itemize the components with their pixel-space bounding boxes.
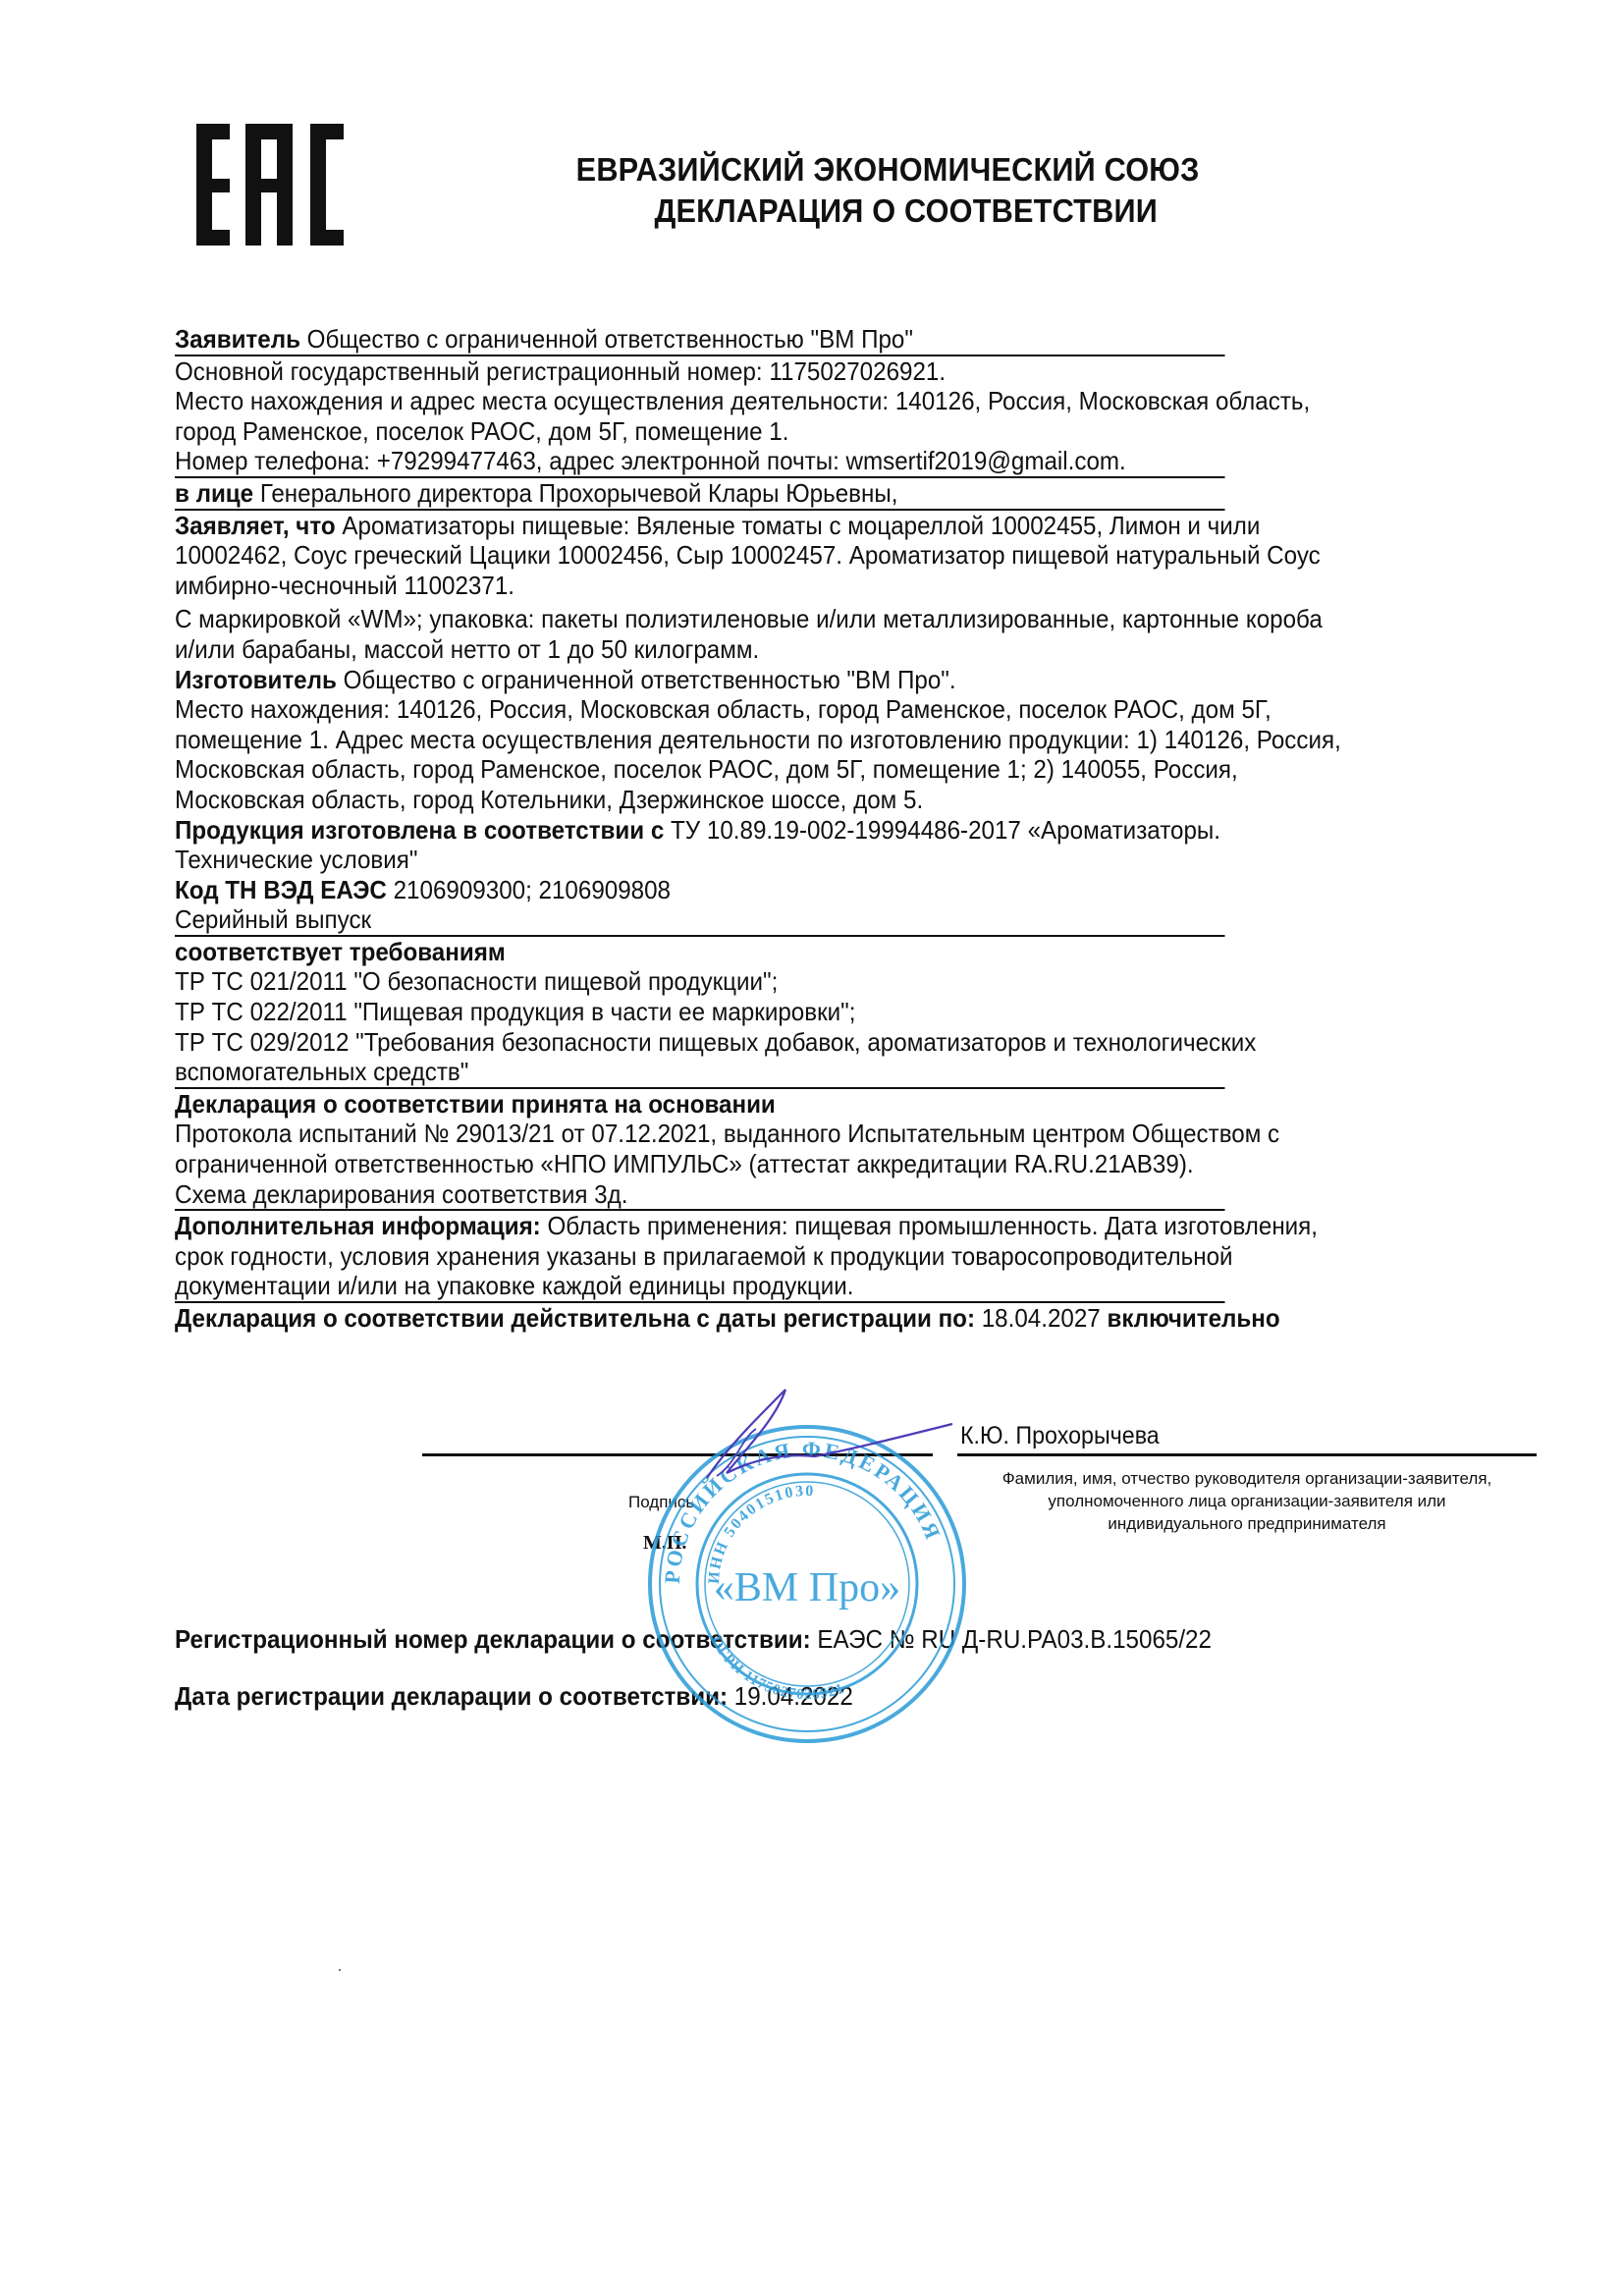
applicant-contacts: Номер телефона: +79299477463, адрес элек… bbox=[175, 446, 1225, 478]
applicant-line: Заявитель Общество с ограниченной ответс… bbox=[175, 324, 1225, 356]
manufacturer-address-3: Московская область, город Раменское, пос… bbox=[175, 754, 1453, 785]
standard-label: Продукция изготовлена в соответствии с bbox=[175, 815, 664, 845]
basis-line-2: ограниченной ответственностью «НПО ИМПУЛ… bbox=[175, 1149, 1453, 1179]
declares-label: Заявляет, что bbox=[175, 511, 336, 540]
manufacturer-label: Изготовитель bbox=[175, 665, 337, 694]
requirement-item: ТР ТС 029/2012 "Требования безопасности … bbox=[175, 1027, 1453, 1058]
hs-code-line: Код ТН ВЭД ЕАЭС 2106909300; 2106909808 bbox=[175, 875, 1453, 905]
basis-line-1: Протокола испытаний № 29013/21 от 07.12.… bbox=[175, 1119, 1453, 1149]
applicant-ogrn: Основной государственный регистрационный… bbox=[175, 356, 1453, 387]
manufacturer-line: Изготовитель Общество с ограниченной отв… bbox=[175, 665, 1453, 695]
declares-line-3: имбирно-чесночный 11002371. bbox=[175, 571, 1453, 601]
manufacturer-name: Общество с ограниченной ответственностью… bbox=[337, 665, 956, 694]
additional-line-1: Дополнительная информация: Область приме… bbox=[175, 1211, 1453, 1241]
applicant-representative: в лице Генерального директора Прохорычев… bbox=[175, 478, 1225, 511]
applicant-label: Заявитель bbox=[175, 324, 300, 354]
handwritten-signature-icon bbox=[668, 1380, 962, 1488]
caption-line-2: уполномоченного лица организации-заявите… bbox=[957, 1490, 1537, 1512]
requirement-item: вспомогательных средств" bbox=[175, 1057, 1225, 1089]
validity-date: 18.04.2027 bbox=[975, 1303, 1101, 1333]
additional-line-3: документации и/или на упаковке каждой ед… bbox=[175, 1271, 1225, 1303]
validity-line: Декларация о соответствии действительна … bbox=[175, 1303, 1453, 1334]
standard-line-2: Технические условия" bbox=[175, 845, 1453, 875]
manufacturer-address-1: Место нахождения: 140126, Россия, Москов… bbox=[175, 694, 1453, 725]
signer-name: К.Ю. Прохорычева bbox=[960, 1422, 1160, 1450]
representative-label: в лице bbox=[175, 478, 253, 508]
standard-value: ТУ 10.89.19-002-19994486-2017 «Ароматиза… bbox=[664, 815, 1220, 845]
additional-label: Дополнительная информация: bbox=[175, 1211, 541, 1240]
svg-text:ОГРН 1175027026921: ОГРН 1175027026921 bbox=[707, 1634, 846, 1703]
caption-line-1: Фамилия, имя, отчество руководителя орга… bbox=[957, 1467, 1537, 1490]
declares-line-5: и/или барабаны, массой нетто от 1 до 50 … bbox=[175, 634, 1453, 665]
manufacturer-address-2: помещение 1. Адрес места осуществления д… bbox=[175, 725, 1453, 755]
name-line bbox=[957, 1453, 1537, 1456]
validity-suffix: включительно bbox=[1101, 1303, 1280, 1333]
requirement-item: ТР ТС 022/2011 "Пищевая продукция в част… bbox=[175, 997, 1453, 1027]
additional-text-1: Область применения: пищевая промышленнос… bbox=[541, 1211, 1318, 1240]
manufacturer-address-4: Московская область, город Котельники, Дз… bbox=[175, 785, 1453, 815]
representative-name: Генерального директора Прохорычевой Клар… bbox=[253, 478, 897, 508]
declares-text-1: Ароматизаторы пищевые: Вяленые томаты с … bbox=[336, 511, 1261, 540]
basis-scheme: Схема декларирования соответствия 3д. bbox=[175, 1179, 1225, 1212]
stamp-ogrn-text: ОГРН 1175027026921 bbox=[707, 1634, 846, 1703]
declares-line-1: Заявляет, что Ароматизаторы пищевые: Вял… bbox=[175, 511, 1453, 541]
declaration-body: Заявитель Общество с ограниченной ответс… bbox=[175, 324, 1453, 1334]
stamp-center-text: «ВМ Про» bbox=[714, 1565, 900, 1611]
basis-heading: Декларация о соответствии принята на осн… bbox=[175, 1089, 1453, 1120]
validity-label: Декларация о соответствии действительна … bbox=[175, 1303, 975, 1333]
hs-code-value: 2106909300; 2106909808 bbox=[387, 875, 671, 904]
production-type: Серийный выпуск bbox=[175, 904, 1225, 937]
basis-label: Декларация о соответствии принята на осн… bbox=[175, 1089, 776, 1119]
document-header: ЕВРАЗИЙСКИЙ ЭКОНОМИЧЕСКИЙ СОЮЗ ДЕКЛАРАЦИ… bbox=[550, 149, 1225, 232]
declares-line-2: 10002462, Соус греческий Цацики 10002456… bbox=[175, 540, 1453, 571]
applicant-address-1: Место нахождения и адрес места осуществл… bbox=[175, 386, 1453, 416]
requirement-item: ТР ТС 021/2011 "О безопасности пищевой п… bbox=[175, 966, 1453, 997]
applicant-name: Общество с ограниченной ответственностью… bbox=[300, 324, 913, 354]
hs-code-label: Код ТН ВЭД ЕАЭС bbox=[175, 875, 387, 904]
declares-line-4: С маркировкой «WM»; упаковка: пакеты пол… bbox=[175, 604, 1453, 634]
scan-speck bbox=[339, 1969, 341, 1971]
caption-line-3: индивидуального предпринимателя bbox=[957, 1512, 1537, 1535]
standard-line-1: Продукция изготовлена в соответствии с Т… bbox=[175, 815, 1453, 846]
signer-caption: Фамилия, имя, отчество руководителя орга… bbox=[957, 1467, 1537, 1535]
header-union-title: ЕВРАЗИЙСКИЙ ЭКОНОМИЧЕСКИЙ СОЮЗ bbox=[550, 149, 1225, 191]
additional-line-2: срок годности, условия хранения указаны … bbox=[175, 1241, 1453, 1272]
header-declaration-title: ДЕКЛАРАЦИЯ О СООТВЕТСТВИИ bbox=[550, 191, 1225, 232]
eac-mark-icon bbox=[194, 120, 352, 249]
requirements-heading: соответствует требованиям bbox=[175, 937, 506, 966]
requirements-label: соответствует требованиям bbox=[175, 937, 1453, 967]
applicant-address-2: город Раменское, поселок РАОС, дом 5Г, п… bbox=[175, 416, 1453, 447]
